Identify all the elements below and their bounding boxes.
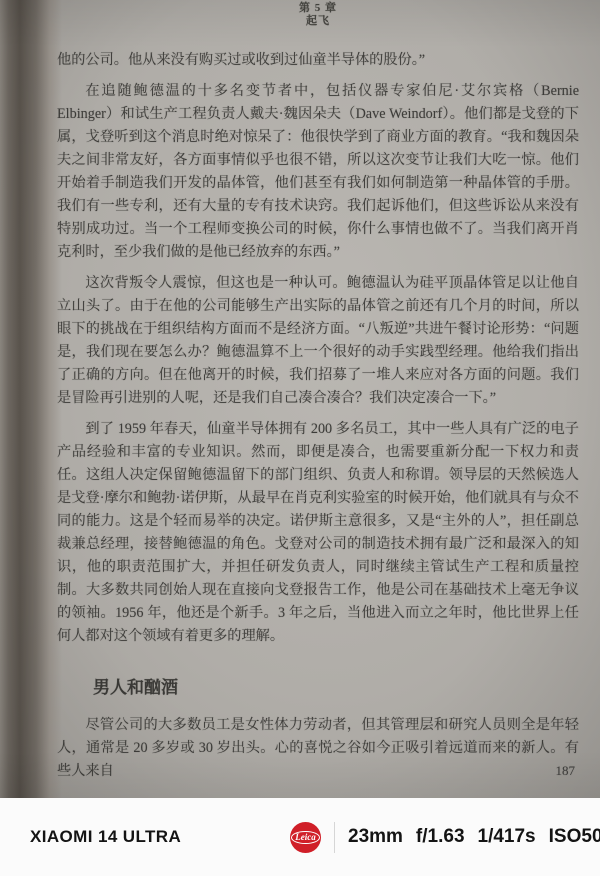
body-paragraph: 他的公司。他从来没有购买过或收到过仙童半导体的股份。” (57, 49, 579, 72)
leica-logo-icon: Leica (290, 822, 321, 853)
screenshot-frame: 第 5 章 起飞 他的公司。他从来没有购买过或收到过仙童半导体的股份。” 在追随… (0, 0, 600, 876)
book-page-photo: 第 5 章 起飞 他的公司。他从来没有购买过或收到过仙童半导体的股份。” 在追随… (0, 0, 600, 798)
running-head-chapter: 第 5 章 (57, 2, 579, 15)
exif-divider (334, 822, 335, 853)
running-head: 第 5 章 起飞 (57, 0, 579, 28)
body-paragraph: 尽管公司的大多数员工是女性体力劳动者，但其管理层和研究人员则全是年轻人，通常是 … (57, 714, 579, 783)
exif-iso: ISO50 (549, 826, 600, 848)
leica-logo-text: Leica (291, 831, 320, 844)
section-heading: 男人和酗酒 (93, 678, 579, 698)
page-spine-shadow (0, 0, 62, 798)
body-paragraph: 在追随鲍德温的十多名变节者中，包括仪器专家伯尼·艾尔宾格（Bernie Elbi… (57, 80, 579, 264)
device-name: XIAOMI 14 ULTRA (30, 827, 181, 847)
body-paragraph: 到了 1959 年春天，仙童半导体拥有 200 多名员工，其中一些人具有广泛的电… (57, 418, 579, 648)
exif-info: 23mm f/1.63 1/417s ISO50 (348, 826, 600, 848)
exif-aperture: f/1.63 (416, 826, 465, 848)
page-number: 187 (556, 763, 576, 779)
body-paragraph: 这次背叛令人震惊，但这也是一种认可。鲍德温认为硅平顶晶体管足以让他自立山头了。由… (57, 272, 579, 410)
exif-focal: 23mm (348, 826, 403, 848)
camera-watermark-bar: XIAOMI 14 ULTRA Leica 23mm f/1.63 1/417s… (0, 798, 600, 876)
page-content: 第 5 章 起飞 他的公司。他从来没有购买过或收到过仙童半导体的股份。” 在追随… (57, 0, 579, 791)
exif-shutter: 1/417s (478, 826, 536, 848)
running-head-title: 起飞 (57, 15, 579, 28)
